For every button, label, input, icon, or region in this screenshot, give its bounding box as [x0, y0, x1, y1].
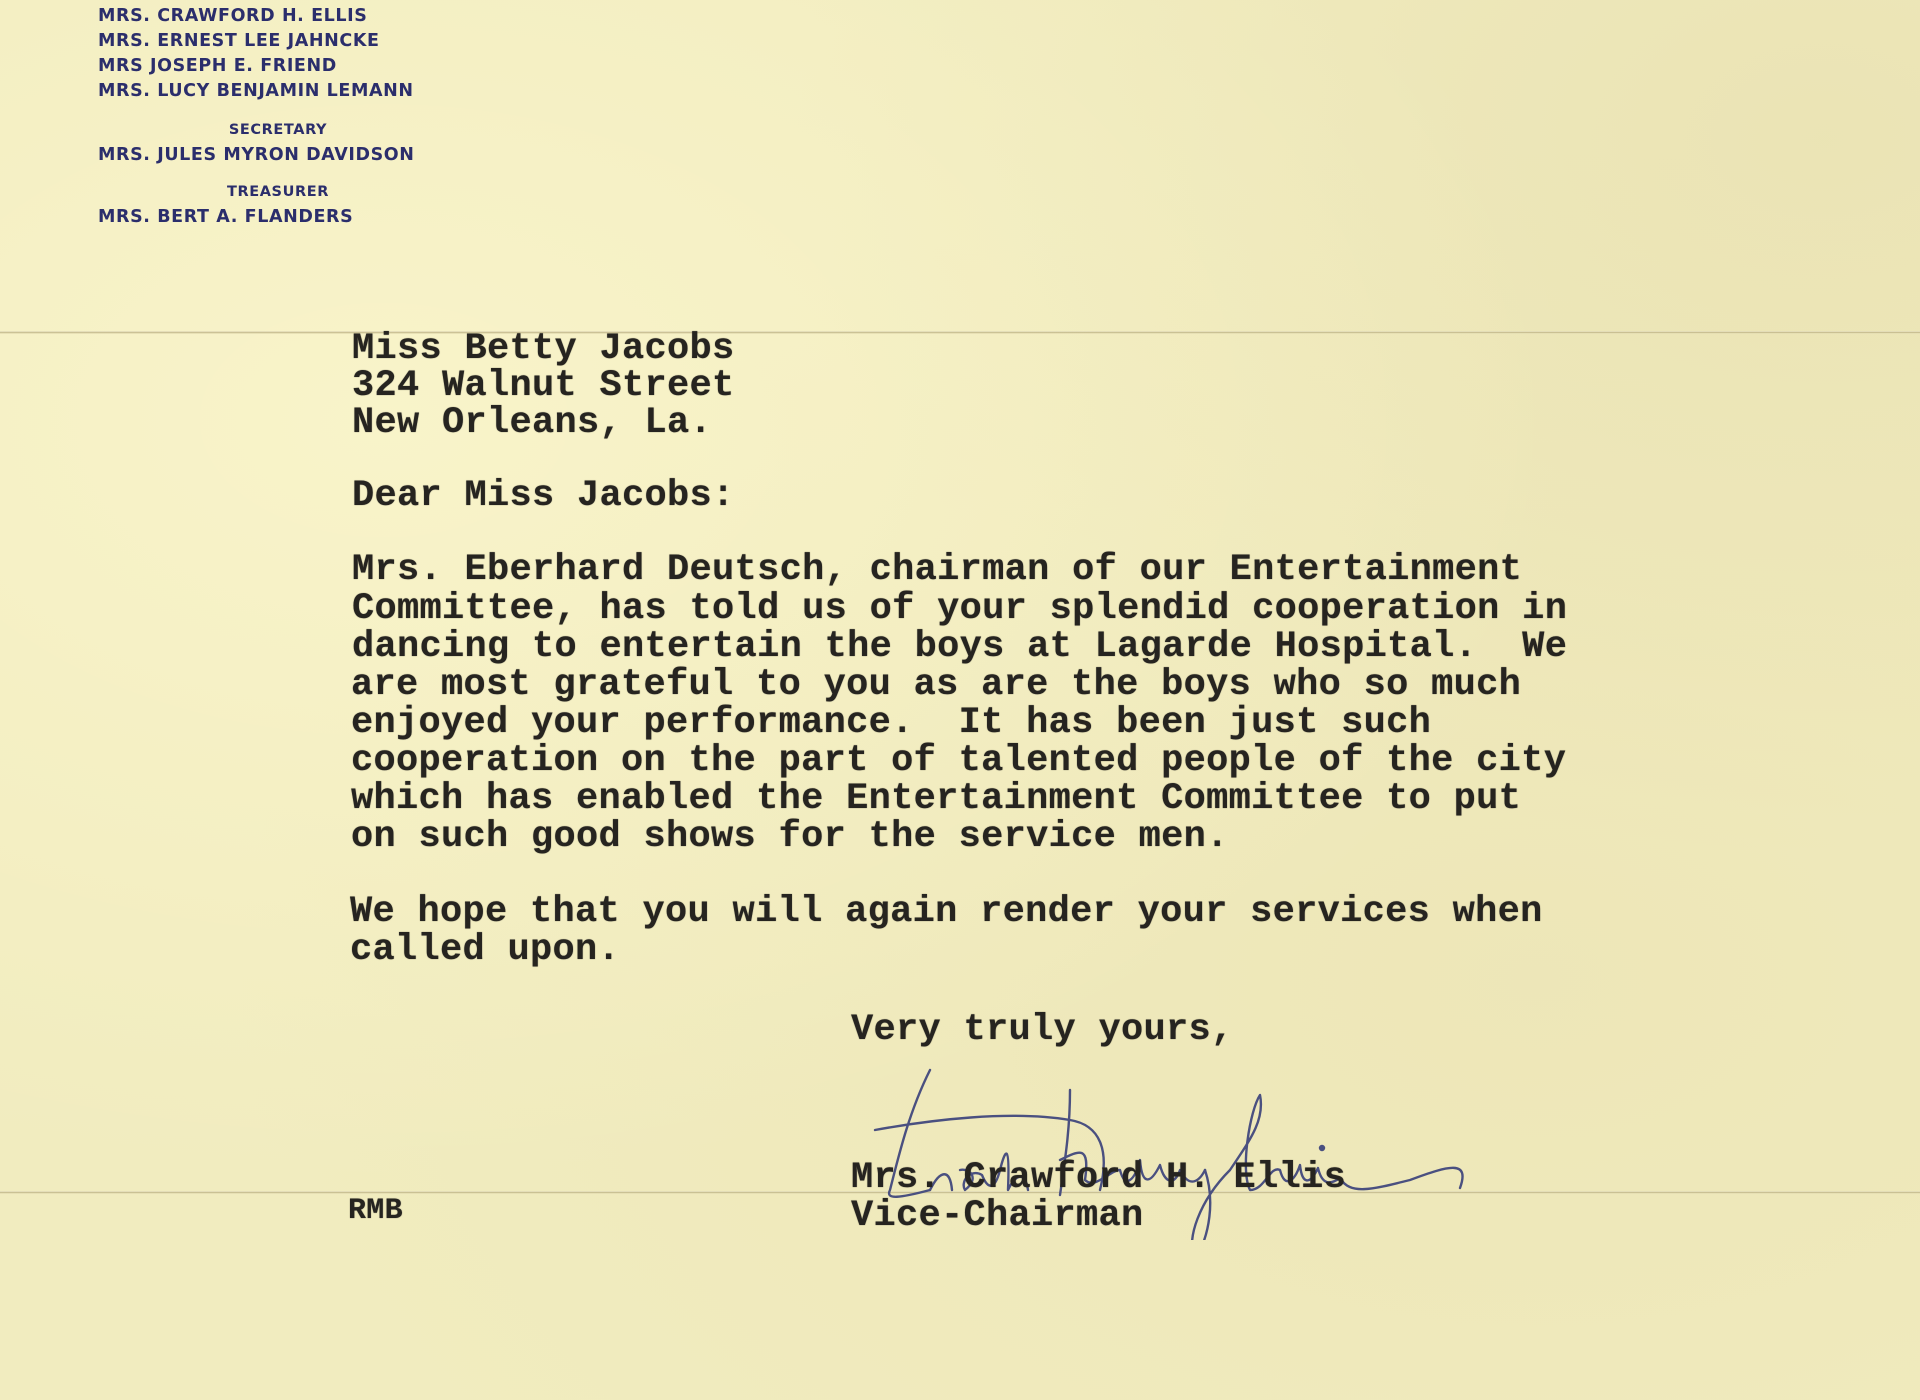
body-line: called upon.	[350, 931, 620, 969]
signer-name: Mrs. Crawford H. Ellis	[851, 1159, 1346, 1197]
secretary-title: SECRETARY	[98, 122, 458, 138]
salutation: Dear Miss Jacobs:	[352, 477, 735, 515]
signer-title: Vice-Chairman	[851, 1197, 1144, 1235]
body-line: enjoyed your performance. It has been ju…	[351, 704, 1431, 742]
officer-name: MRS. CRAWFORD H. ELLIS	[98, 6, 368, 26]
treasurer-title: TREASURER	[98, 184, 458, 200]
recipient-city: New Orleans, La.	[352, 404, 712, 442]
body-line: We hope that you will again render your …	[350, 893, 1543, 931]
typist-initials: RMB	[348, 1192, 403, 1230]
body-line: on such good shows for the service men.	[351, 818, 1229, 856]
body-line: Mrs. Eberhard Deutsch, chairman of our E…	[352, 551, 1522, 589]
officer-name: MRS. LUCY BENJAMIN LEMANN	[98, 81, 414, 101]
body-line: are most grateful to you as are the boys…	[351, 666, 1521, 704]
recipient-street: 324 Walnut Street	[352, 367, 735, 405]
body-line: dancing to entertain the boys at Lagarde…	[352, 628, 1567, 666]
secretary-name: MRS. JULES MYRON DAVIDSON	[98, 145, 415, 165]
officer-name: MRS. ERNEST LEE JAHNCKE	[98, 31, 380, 51]
recipient-name: Miss Betty Jacobs	[352, 330, 735, 368]
vice-chairmen-title: VICE CHAIRMEN	[98, 0, 458, 4]
body-line: cooperation on the part of talented peop…	[351, 742, 1566, 780]
upper-fold-crease	[0, 331, 1920, 334]
treasurer-name: MRS. BERT A. FLANDERS	[98, 207, 353, 227]
closing: Very truly yours,	[851, 1011, 1234, 1049]
body-line: Committee, has told us of your splendid …	[352, 590, 1567, 628]
body-line: which has enabled the Entertainment Comm…	[351, 780, 1521, 818]
officer-name: MRS JOSEPH E. FRIEND	[98, 56, 337, 76]
